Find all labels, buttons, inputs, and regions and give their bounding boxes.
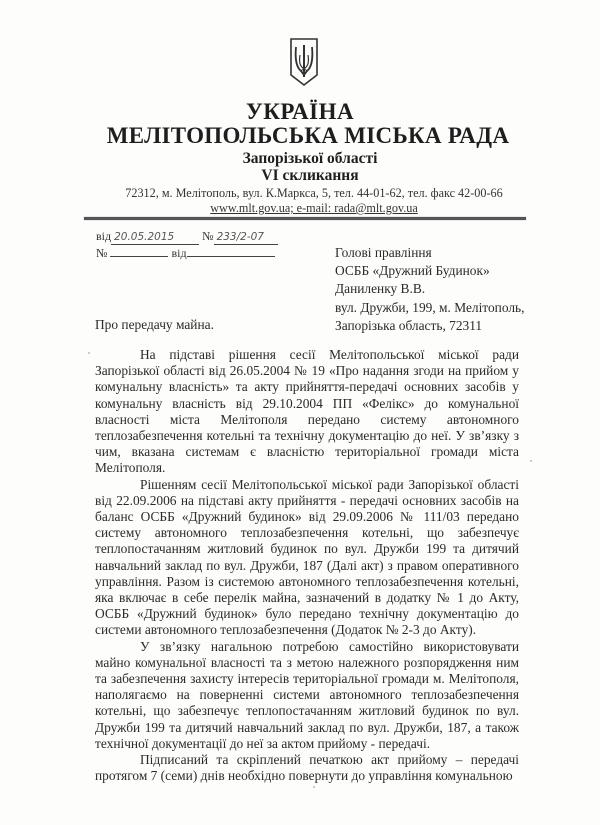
outgoing-registration: від20.05.2015 №233/2-07	[96, 229, 278, 245]
letterhead-divider	[84, 217, 526, 220]
outgoing-date-label: від	[96, 229, 111, 243]
addressee-line: ОСББ «Дружний Будинок»	[335, 262, 525, 280]
letter-subject: Про передачу майна.	[95, 317, 214, 333]
letterhead-convocation: VI скликання	[10, 167, 600, 185]
letterhead-country: УКРАЇНА	[0, 99, 600, 125]
letterhead-web-email: www.mlt.gov.ua; e-mail: rada@mlt.gov.ua	[14, 201, 600, 216]
outgoing-number-label: №	[202, 229, 213, 243]
scan-speck	[88, 352, 90, 354]
addressee-line: Запорізька область, 72311	[335, 317, 525, 335]
incoming-number-label: №	[96, 246, 107, 260]
body-paragraph: Підписаний та скріплений печаткою акт пр…	[95, 752, 519, 784]
letter-body: На підставі рішення сесії Мелітопольсько…	[95, 347, 519, 784]
document-page: УКРАЇНА МЕЛІТОПОЛЬСЬКА МІСЬКА РАДА Запор…	[0, 0, 600, 825]
letterhead-council: МЕЛІТОПОЛЬСЬКА МІСЬКА РАДА	[8, 123, 600, 149]
scan-speck	[313, 786, 315, 788]
addressee-line: Даниленку В.В.	[335, 280, 525, 298]
body-paragraph: На підставі рішення сесії Мелітопольсько…	[95, 347, 519, 477]
scan-speck	[530, 460, 532, 462]
letterhead-region: Запорізької області	[10, 150, 600, 168]
addressee-line: вул. Дружби, 199, м. Мелітополь,	[335, 299, 525, 317]
incoming-registration: № від	[96, 246, 275, 261]
body-paragraph: У зв’язку нагальною потребою самостійно …	[95, 639, 519, 752]
body-paragraph: Рішенням сесії Мелітопольської міської р…	[95, 477, 519, 639]
outgoing-number-value: 233/2-07	[214, 231, 264, 243]
letterhead-address: 72312, м. Мелітополь, вул. К.Маркса, 5, …	[14, 186, 600, 201]
coat-of-arms-icon	[289, 37, 319, 87]
addressee-line: Голові правління	[335, 244, 525, 262]
incoming-date-label: від	[171, 246, 186, 260]
addressee-block: Голові правління ОСББ «Дружний Будинок» …	[335, 244, 525, 335]
outgoing-date-value: 20.05.2015	[111, 231, 174, 243]
